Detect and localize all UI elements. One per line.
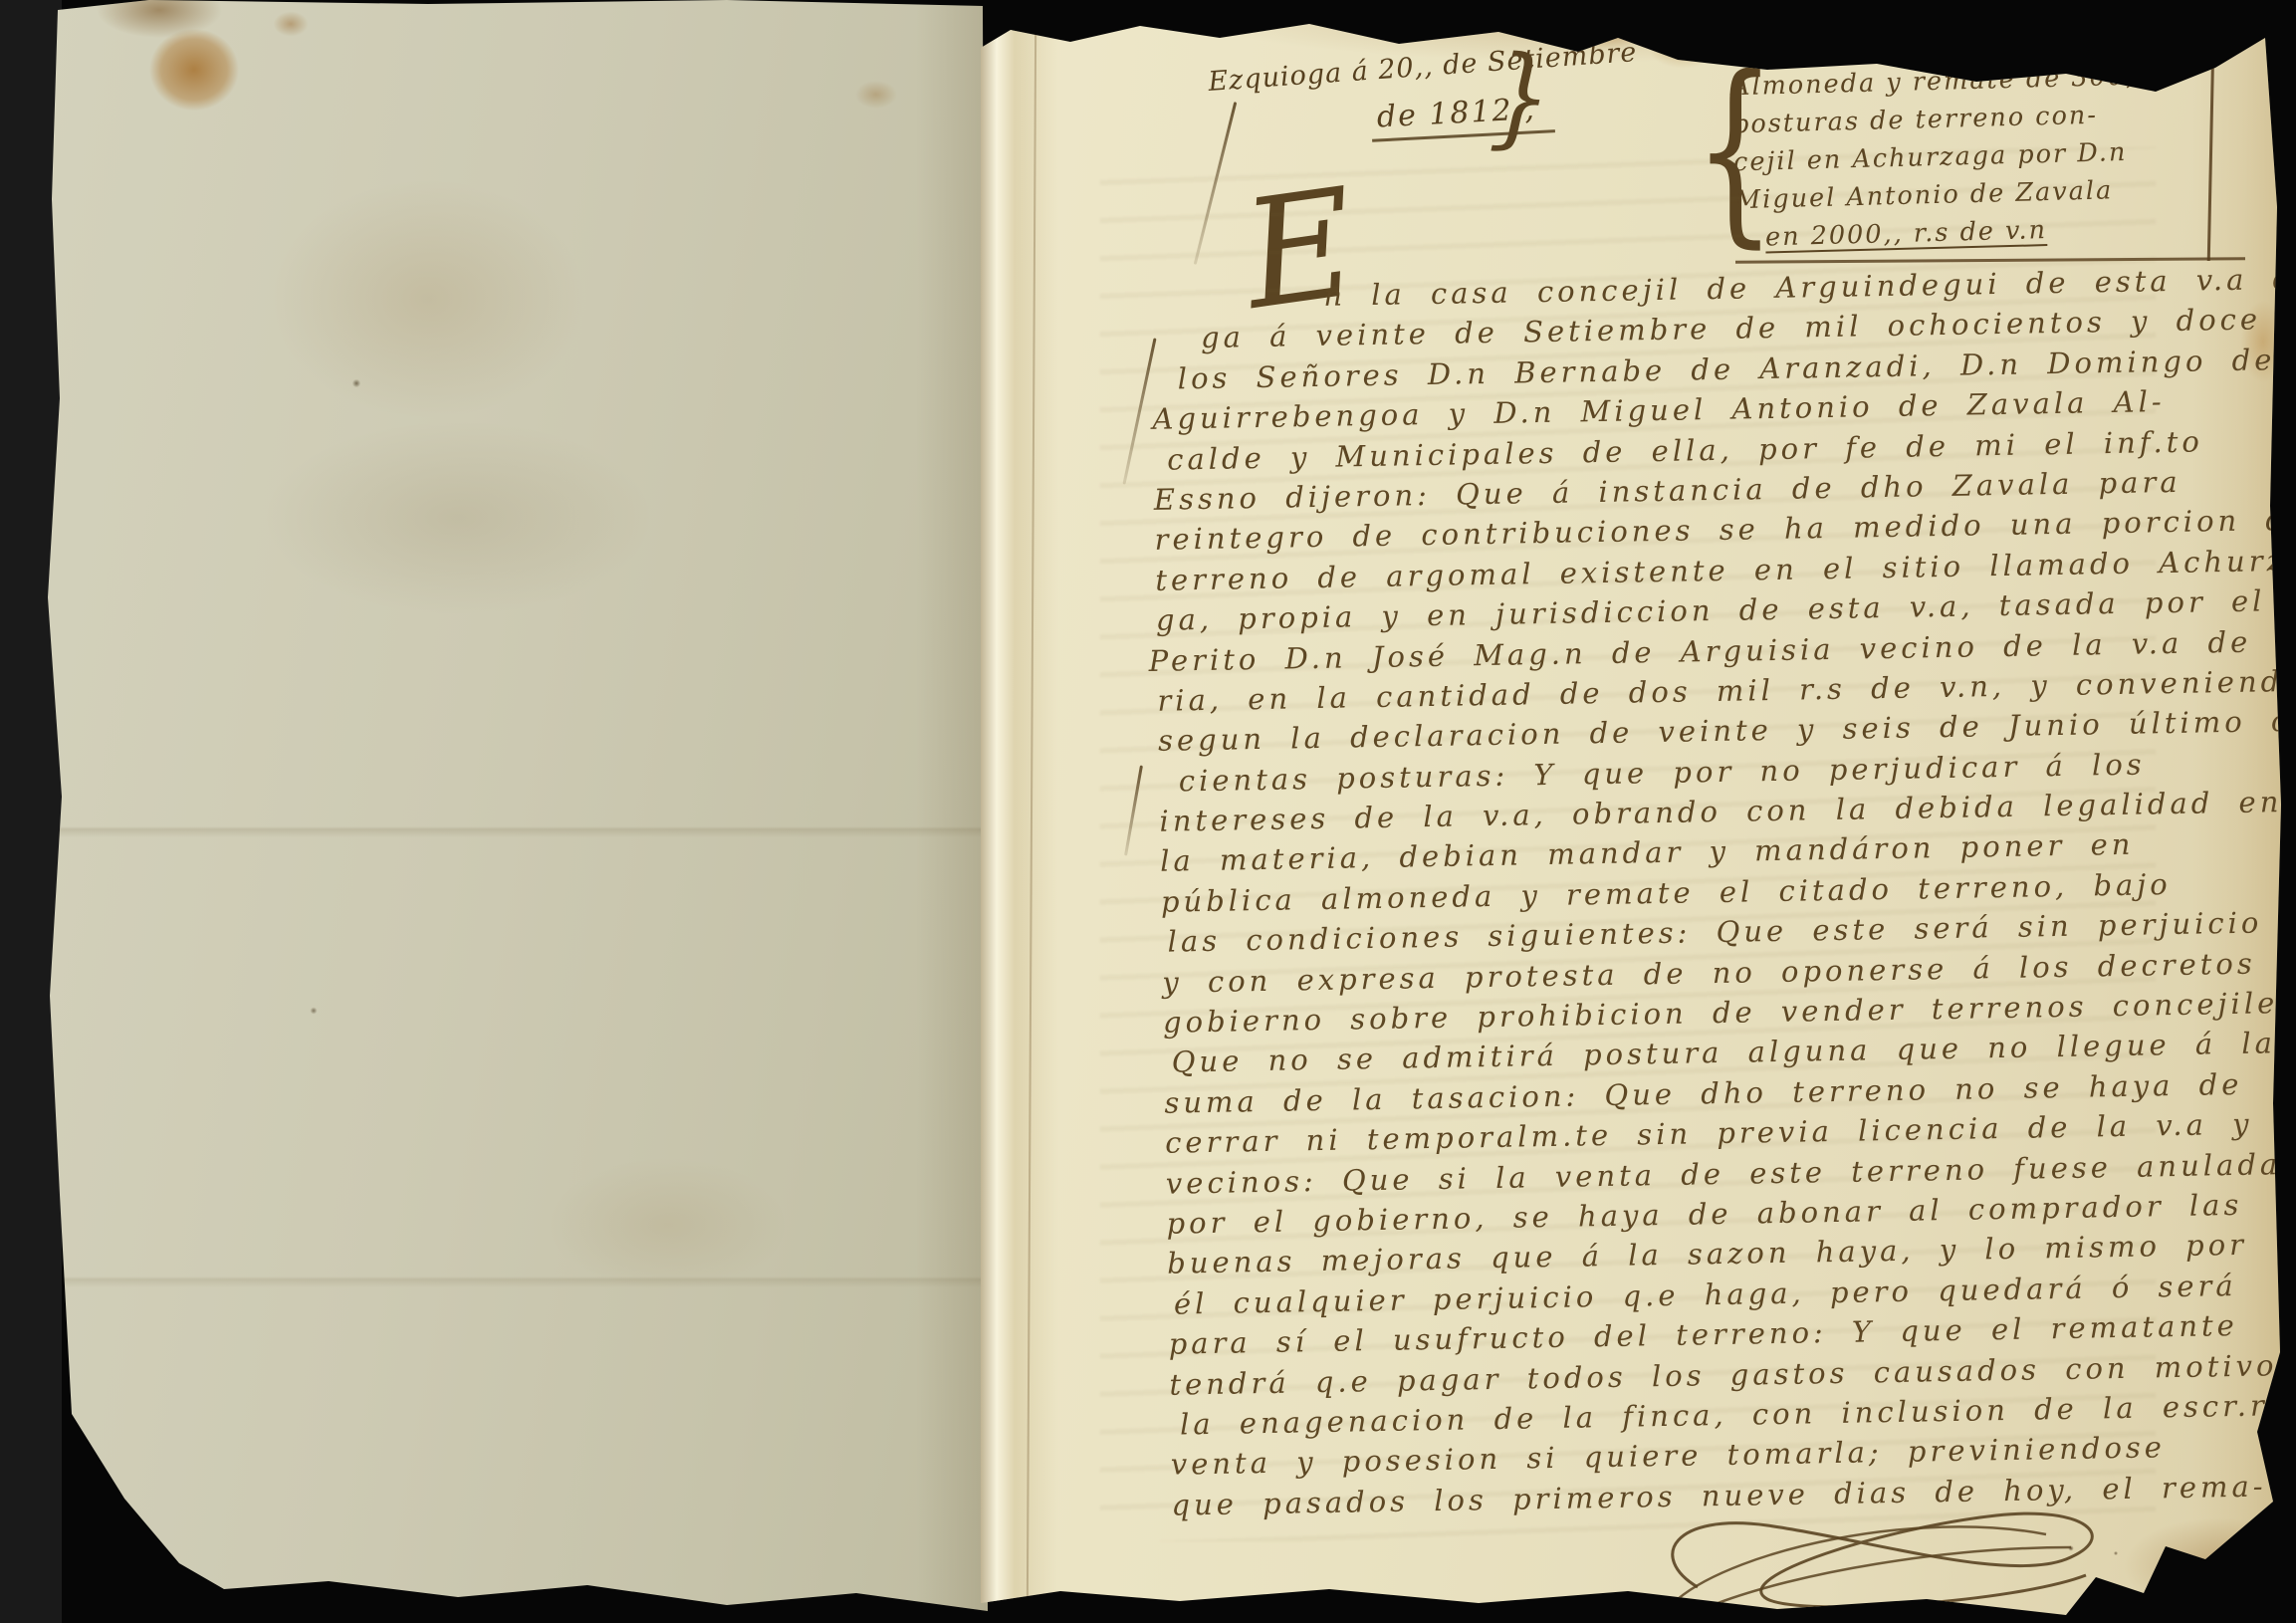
left-page-blank-verso [30, 0, 1011, 1618]
heading-brace-mark: } [1488, 32, 1555, 161]
notary-tt-mark: tt [1944, 29, 2128, 77]
signature-rubric-flourish [1618, 1488, 2156, 1623]
pen-flourish-stroke [1194, 102, 1238, 265]
right-page-manuscript: Ezquioga á 20,, de Setiembre de 1812,, }… [981, 8, 2287, 1623]
pen-flourish-stroke [1124, 765, 1143, 855]
margin-note-text: Almoneda y remate de 300,,posturas de te… [1731, 56, 2214, 257]
margin-note-box: { Almoneda y remate de 300,,posturas de … [1678, 52, 2240, 266]
manuscript-body-text: n la casa concejil de Arguindegui de est… [1142, 259, 2296, 1525]
heading-place-date: Ezquioga á 20,, de Setiembre [1207, 37, 1638, 98]
scanner-bed-strip [0, 0, 62, 1623]
rubric-path [1673, 1513, 2092, 1607]
gutter-fold-crease [1027, 8, 1036, 1623]
manuscript-scan: Ezquioga á 20,, de Setiembre de 1812,, }… [0, 0, 2296, 1623]
